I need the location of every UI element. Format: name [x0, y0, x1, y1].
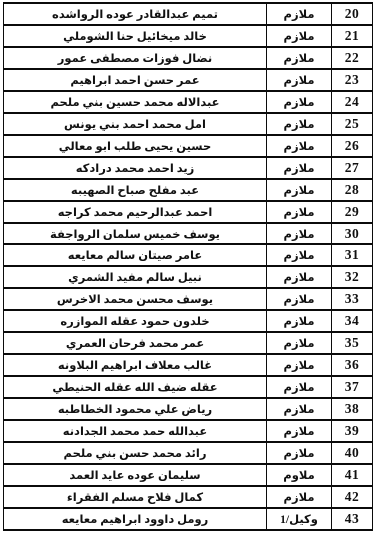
- row-number-cell: 38: [332, 398, 373, 420]
- name-cell: خلدون حمود عقله الموازره: [4, 310, 267, 332]
- table-row: 43وكيل/1رومل داوود ابراهيم معايعه: [4, 508, 373, 530]
- name-cell: زيد احمد محمد درادكه: [4, 157, 267, 179]
- row-number-cell: 29: [332, 201, 373, 223]
- name-cell: غالب معلاف ابراهيم البلاونه: [4, 354, 267, 376]
- rank-cell: ملازم: [267, 201, 332, 223]
- rank-cell: ملازم: [267, 310, 332, 332]
- rank-cell: ملازم: [267, 135, 332, 157]
- rank-cell: ملاوم: [267, 464, 332, 486]
- row-number-cell: 42: [332, 486, 373, 508]
- name-cell: خالد ميخائيل حنا الشوملي: [4, 25, 267, 47]
- table-row: 27ملازمزيد احمد محمد درادكه: [4, 157, 373, 179]
- table-row: 25ملازمامل محمد احمد بني يونس: [4, 113, 373, 135]
- name-cell: يوسف خميس سلمان الرواجفة: [4, 223, 267, 245]
- table-row: 33ملازميوسف محسن محمد الاخرس: [4, 288, 373, 310]
- name-cell: عمر محمد فرحان العمري: [4, 332, 267, 354]
- table-row: 40ملازمرائد محمد حسن بني ملحم: [4, 442, 373, 464]
- row-number-cell: 39: [332, 420, 373, 442]
- row-number-cell: 22: [332, 47, 373, 69]
- table-row: 37ملازمعقله ضيف الله عقله الحنيطي: [4, 376, 373, 398]
- table-row: 39ملازمعبدالله حمد محمد الجدادنه: [4, 420, 373, 442]
- row-number-cell: 30: [332, 223, 373, 245]
- table-row: 41ملاومسليمان عوده عايد العمد: [4, 464, 373, 486]
- table-row: 36ملازمغالب معلاف ابراهيم البلاونه: [4, 354, 373, 376]
- table-row: 22ملازمنضال فوزات مصطفى عمور: [4, 47, 373, 69]
- rank-cell: ملازم: [267, 442, 332, 464]
- name-cell: سليمان عوده عايد العمد: [4, 464, 267, 486]
- table-row: 26ملازمحسين يحيى طلب ابو معالي: [4, 135, 373, 157]
- rank-cell: ملازم: [267, 113, 332, 135]
- rank-cell: ملازم: [267, 3, 332, 25]
- rank-cell: ملازم: [267, 91, 332, 113]
- name-cell: عمر حسن احمد ابراهيم: [4, 69, 267, 91]
- roster-table: 20ملازمتميم عبدالقادر عوده الرواشده21ملا…: [3, 2, 373, 531]
- rank-cell: وكيل/1: [267, 508, 332, 530]
- name-cell: نبيل سالم مفيد الشمري: [4, 266, 267, 288]
- table-row: 35ملازمعمر محمد فرحان العمري: [4, 332, 373, 354]
- table-row: 31ملازمعامر صيتان سالم معايعه: [4, 244, 373, 266]
- table-row: 21ملازمخالد ميخائيل حنا الشوملي: [4, 25, 373, 47]
- rank-cell: ملازم: [267, 332, 332, 354]
- name-cell: حسين يحيى طلب ابو معالي: [4, 135, 267, 157]
- name-cell: رومل داوود ابراهيم معايعه: [4, 508, 267, 530]
- table-row: 30ملازميوسف خميس سلمان الرواجفة: [4, 223, 373, 245]
- row-number-cell: 26: [332, 135, 373, 157]
- rank-cell: ملازم: [267, 376, 332, 398]
- scanned-document-page: 20ملازمتميم عبدالقادر عوده الرواشده21ملا…: [0, 0, 375, 536]
- table-row: 23ملازمعمر حسن احمد ابراهيم: [4, 69, 373, 91]
- row-number-cell: 23: [332, 69, 373, 91]
- row-number-cell: 35: [332, 332, 373, 354]
- rank-cell: ملازم: [267, 157, 332, 179]
- name-cell: يوسف محسن محمد الاخرس: [4, 288, 267, 310]
- rank-cell: ملازم: [267, 398, 332, 420]
- row-number-cell: 43: [332, 508, 373, 530]
- table-row: 20ملازمتميم عبدالقادر عوده الرواشده: [4, 3, 373, 25]
- rank-cell: ملازم: [267, 266, 332, 288]
- table-row: 32ملازمنبيل سالم مفيد الشمري: [4, 266, 373, 288]
- name-cell: عقله ضيف الله عقله الحنيطي: [4, 376, 267, 398]
- rank-cell: ملازم: [267, 223, 332, 245]
- row-number-cell: 21: [332, 25, 373, 47]
- row-number-cell: 32: [332, 266, 373, 288]
- name-cell: عبدالله حمد محمد الجدادنه: [4, 420, 267, 442]
- table-row: 28ملازمعبد مفلح صباح الصهيبه: [4, 179, 373, 201]
- rank-cell: ملازم: [267, 179, 332, 201]
- row-number-cell: 31: [332, 244, 373, 266]
- name-cell: عبدالاله محمد حسين بني ملحم: [4, 91, 267, 113]
- table-row: 24ملازمعبدالاله محمد حسين بني ملحم: [4, 91, 373, 113]
- rank-cell: ملازم: [267, 25, 332, 47]
- row-number-cell: 37: [332, 376, 373, 398]
- name-cell: عامر صيتان سالم معايعه: [4, 244, 267, 266]
- row-number-cell: 24: [332, 91, 373, 113]
- row-number-cell: 27: [332, 157, 373, 179]
- name-cell: تميم عبدالقادر عوده الرواشده: [4, 3, 267, 25]
- row-number-cell: 40: [332, 442, 373, 464]
- rank-cell: ملازم: [267, 420, 332, 442]
- row-number-cell: 28: [332, 179, 373, 201]
- row-number-cell: 20: [332, 3, 373, 25]
- table-row: 38ملازمرياض علي محمود الخطاطبه: [4, 398, 373, 420]
- name-cell: امل محمد احمد بني يونس: [4, 113, 267, 135]
- row-number-cell: 25: [332, 113, 373, 135]
- rank-cell: ملازم: [267, 354, 332, 376]
- name-cell: رياض علي محمود الخطاطبه: [4, 398, 267, 420]
- table-row: 29ملازماحمد عبدالرحيم محمد كراجه: [4, 201, 373, 223]
- rank-cell: ملازم: [267, 486, 332, 508]
- name-cell: نضال فوزات مصطفى عمور: [4, 47, 267, 69]
- table-row: 42ملازمكمال فلاح مسلم الفقراء: [4, 486, 373, 508]
- rank-cell: ملازم: [267, 47, 332, 69]
- rank-cell: ملازم: [267, 69, 332, 91]
- row-number-cell: 36: [332, 354, 373, 376]
- row-number-cell: 33: [332, 288, 373, 310]
- rank-cell: ملازم: [267, 288, 332, 310]
- name-cell: عبد مفلح صباح الصهيبه: [4, 179, 267, 201]
- name-cell: كمال فلاح مسلم الفقراء: [4, 486, 267, 508]
- row-number-cell: 34: [332, 310, 373, 332]
- roster-table-body: 20ملازمتميم عبدالقادر عوده الرواشده21ملا…: [4, 3, 373, 530]
- table-row: 34ملازمخلدون حمود عقله الموازره: [4, 310, 373, 332]
- row-number-cell: 41: [332, 464, 373, 486]
- name-cell: رائد محمد حسن بني ملحم: [4, 442, 267, 464]
- rank-cell: ملازم: [267, 244, 332, 266]
- name-cell: احمد عبدالرحيم محمد كراجه: [4, 201, 267, 223]
